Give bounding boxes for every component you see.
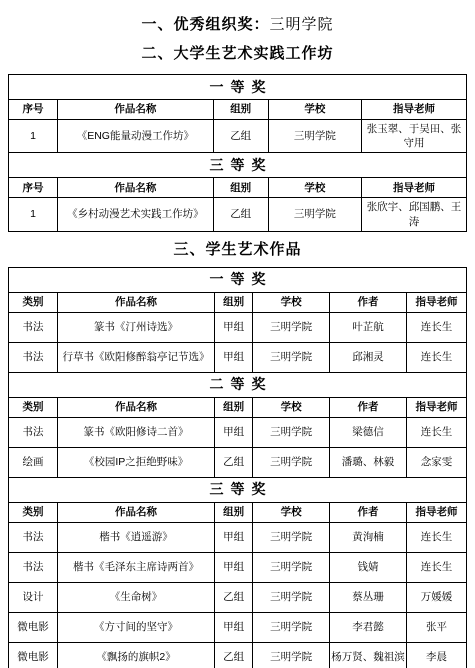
award-banner: 一等奖 [9, 267, 467, 292]
award-banner-row: 三等奖 [9, 477, 467, 502]
table-cell: 三明学院 [253, 552, 330, 582]
table-cell: 书法 [9, 552, 58, 582]
table-cell: 绘画 [9, 447, 58, 477]
column-header-row: 类别作品名称组别学校作者指导老师 [9, 502, 467, 522]
table-cell: 乙组 [215, 642, 253, 668]
table-row: 微电影《方寸间的坚守》甲组三明学院李君懿张平 [9, 612, 467, 642]
table-cell: 设计 [9, 582, 58, 612]
table-cell: 楷书《毛泽东主席诗两首》 [58, 552, 215, 582]
table-cell: 三明学院 [253, 642, 330, 668]
table-cell: 楷书《逍遥游》 [58, 522, 215, 552]
award-banner-row: 一等奖 [9, 75, 467, 100]
table-cell: 三明学院 [253, 312, 330, 342]
table-cell: 万媛媛 [406, 582, 466, 612]
column-header: 学校 [268, 100, 361, 120]
column-header: 指导老师 [362, 100, 467, 120]
column-header-row: 序号作品名称组别学校指导老师 [9, 100, 467, 120]
table-row: 设计《生命树》乙组三明学院蔡丛珊万媛媛 [9, 582, 467, 612]
award-banner: 三等奖 [9, 477, 467, 502]
column-header-row: 类别作品名称组别学校作者指导老师 [9, 397, 467, 417]
column-header: 作品名称 [58, 292, 215, 312]
table-cell: 三明学院 [253, 582, 330, 612]
table-cell: 钱婧 [330, 552, 407, 582]
award-banner-row: 二等奖 [9, 372, 467, 397]
table-cell: 连长生 [406, 522, 466, 552]
section-1-label: 一、优秀组织奖： [141, 16, 269, 33]
table-row: 微电影《飘扬的旗帜2》乙组三明学院杨万贤、魏祖滨李晨 [9, 642, 467, 668]
column-header-row: 序号作品名称组别学校指导老师 [9, 178, 467, 198]
column-header: 作者 [330, 397, 407, 417]
column-header: 学校 [268, 178, 361, 198]
award-banner-row: 三等奖 [9, 153, 467, 178]
table-cell: 《方寸间的坚守》 [58, 612, 215, 642]
table-row: 书法楷书《毛泽东主席诗两首》甲组三明学院钱婧连长生 [9, 552, 467, 582]
award-banner: 一等奖 [9, 75, 467, 100]
column-header: 指导老师 [362, 178, 467, 198]
section-1-value: 三明学院 [270, 16, 334, 33]
column-header: 组别 [215, 292, 253, 312]
table-cell: 叶芷航 [330, 312, 407, 342]
table-cell: 《生命树》 [58, 582, 215, 612]
section-3-heading: 三、学生艺术作品 [8, 241, 467, 259]
table-cell: 连长生 [406, 552, 466, 582]
award-banner: 三等奖 [9, 153, 467, 178]
column-header: 学校 [253, 292, 330, 312]
table-cell: 三明学院 [268, 198, 361, 231]
document-page: 一、优秀组织奖：三明学院 二、大学生艺术实践工作坊 一等奖序号作品名称组别学校指… [0, 0, 475, 668]
table-row: 书法行草书《欧阳修醉翁亭记节选》甲组三明学院邱湘灵连长生 [9, 342, 467, 372]
column-header: 作者 [330, 502, 407, 522]
table-cell: 杨万贤、魏祖滨 [330, 642, 407, 668]
artwork-table: 一等奖类别作品名称组别学校作者指导老师书法篆书《汀州诗选》甲组三明学院叶芷航连长… [8, 267, 467, 668]
table-row: 1《ENG能量动漫工作坊》乙组三明学院张玉翠、于吴田、张守用 [9, 120, 467, 153]
table-cell: 李晨 [406, 642, 466, 668]
column-header: 作者 [330, 292, 407, 312]
table-row: 绘画《校园IP之拒绝野味》乙组三明学院潘璐、林毅念家雯 [9, 447, 467, 477]
table-cell: 甲组 [215, 522, 253, 552]
table-cell: 张玉翠、于吴田、张守用 [362, 120, 467, 153]
table-cell: 甲组 [215, 312, 253, 342]
table-cell: 甲组 [215, 552, 253, 582]
column-header: 作品名称 [58, 397, 215, 417]
table-cell: 行草书《欧阳修醉翁亭记节选》 [58, 342, 215, 372]
table-cell: 梁德信 [330, 417, 407, 447]
table-cell: 蔡丛珊 [330, 582, 407, 612]
column-header: 作品名称 [58, 178, 214, 198]
table-row: 书法篆书《汀州诗选》甲组三明学院叶芷航连长生 [9, 312, 467, 342]
column-header: 作品名称 [58, 502, 215, 522]
table-cell: 《校园IP之拒绝野味》 [58, 447, 215, 477]
table-cell: 张平 [406, 612, 466, 642]
table-cell: 篆书《欧阳修诗二首》 [58, 417, 215, 447]
table-cell: 念家雯 [406, 447, 466, 477]
table-cell: 连长生 [406, 417, 466, 447]
column-header: 类别 [9, 397, 58, 417]
column-header: 组别 [215, 502, 253, 522]
column-header: 组别 [213, 100, 268, 120]
table-row: 书法楷书《逍遥游》甲组三明学院黄洵楠连长生 [9, 522, 467, 552]
table-cell: 三明学院 [268, 120, 361, 153]
table-cell: 乙组 [213, 198, 268, 231]
table-cell: 三明学院 [253, 612, 330, 642]
table-cell: 张欣宇、邱国鹏、王涛 [362, 198, 467, 231]
table-cell: 乙组 [213, 120, 268, 153]
table-cell: 甲组 [215, 612, 253, 642]
table-cell: 篆书《汀州诗选》 [58, 312, 215, 342]
column-header: 类别 [9, 292, 58, 312]
table-cell: 《ENG能量动漫工作坊》 [58, 120, 214, 153]
column-header: 学校 [253, 397, 330, 417]
table-cell: 书法 [9, 417, 58, 447]
table-cell: 《飘扬的旗帜2》 [58, 642, 215, 668]
table-cell: 邱湘灵 [330, 342, 407, 372]
workshop-table: 一等奖序号作品名称组别学校指导老师1《ENG能量动漫工作坊》乙组三明学院张玉翠、… [8, 74, 467, 232]
column-header: 指导老师 [406, 397, 466, 417]
table-cell: 书法 [9, 522, 58, 552]
column-header: 学校 [253, 502, 330, 522]
table-cell: 三明学院 [253, 522, 330, 552]
column-header: 作品名称 [58, 100, 214, 120]
table-cell: 微电影 [9, 642, 58, 668]
workshop-awards-table-container: 一等奖序号作品名称组别学校指导老师1《ENG能量动漫工作坊》乙组三明学院张玉翠、… [8, 74, 467, 232]
table-cell: 李君懿 [330, 612, 407, 642]
table-cell: 微电影 [9, 612, 58, 642]
table-cell: 三明学院 [253, 447, 330, 477]
section-1-heading: 一、优秀组织奖：三明学院 [8, 16, 467, 34]
artwork-awards-table-container: 一等奖类别作品名称组别学校作者指导老师书法篆书《汀州诗选》甲组三明学院叶芷航连长… [8, 267, 467, 668]
column-header: 组别 [215, 397, 253, 417]
table-cell: 1 [9, 198, 58, 231]
table-cell: 三明学院 [253, 417, 330, 447]
award-banner-row: 一等奖 [9, 267, 467, 292]
table-cell: 书法 [9, 312, 58, 342]
table-cell: 潘璐、林毅 [330, 447, 407, 477]
table-cell: 乙组 [215, 447, 253, 477]
column-header: 指导老师 [406, 292, 466, 312]
table-cell: 1 [9, 120, 58, 153]
column-header: 类别 [9, 502, 58, 522]
table-cell: 连长生 [406, 312, 466, 342]
table-cell: 黄洵楠 [330, 522, 407, 552]
table-cell: 乙组 [215, 582, 253, 612]
award-banner: 二等奖 [9, 372, 467, 397]
table-cell: 甲组 [215, 417, 253, 447]
table-cell: 三明学院 [253, 342, 330, 372]
column-header: 序号 [9, 100, 58, 120]
column-header: 组别 [213, 178, 268, 198]
table-cell: 书法 [9, 342, 58, 372]
column-header-row: 类别作品名称组别学校作者指导老师 [9, 292, 467, 312]
table-cell: 《乡村动漫艺术实践工作坊》 [58, 198, 214, 231]
table-row: 书法篆书《欧阳修诗二首》甲组三明学院梁德信连长生 [9, 417, 467, 447]
table-row: 1《乡村动漫艺术实践工作坊》乙组三明学院张欣宇、邱国鹏、王涛 [9, 198, 467, 231]
table-cell: 甲组 [215, 342, 253, 372]
table-cell: 连长生 [406, 342, 466, 372]
section-2-heading: 二、大学生艺术实践工作坊 [8, 45, 467, 63]
column-header: 序号 [9, 178, 58, 198]
column-header: 指导老师 [406, 502, 466, 522]
